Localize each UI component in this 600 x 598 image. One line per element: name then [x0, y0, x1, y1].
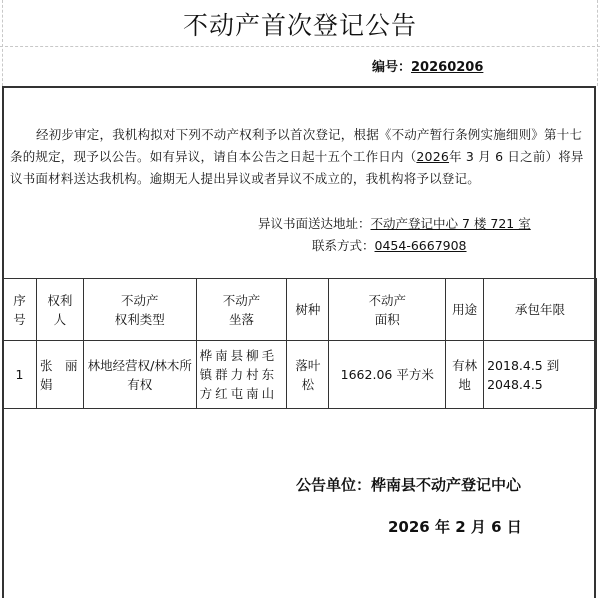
notice-body: 经初步审定，我机构拟对下列不动产权利予以首次登记，根据《不动产暂行条例实施细则》… [10, 124, 590, 190]
header-term: 承包年限 [484, 279, 597, 341]
header-right-type: 不动产权利类型 [83, 279, 196, 341]
cell-index: 1 [3, 341, 37, 409]
objection-address: 异议书面送达地址：不动产登记中心 7 楼 721 室 [258, 214, 531, 232]
issuer-label: 公告单位： [296, 476, 371, 494]
contact-label: 联系方式： [312, 238, 375, 253]
document-number: 编号：20260206 [372, 56, 483, 75]
header-area: 不动产面积 [329, 279, 446, 341]
deadline-year: 2026 [416, 149, 449, 164]
cell-usage: 有林地 [446, 341, 484, 409]
registration-table: 序号 权利人 不动产权利类型 不动产坐落 树种 不动产面积 用途 承包年限 1 … [2, 278, 597, 409]
document-number-value: 20260206 [411, 60, 483, 75]
document-number-label: 编号： [372, 60, 411, 75]
contact-value: 0454-6667908 [375, 238, 467, 253]
title-divider [0, 46, 600, 47]
header-tree-species: 树种 [287, 279, 329, 341]
issuer-value: 桦南县不动产登记中心 [371, 476, 521, 494]
header-location: 不动产坐落 [196, 279, 287, 341]
table-header-row: 序号 权利人 不动产权利类型 不动产坐落 树种 不动产面积 用途 承包年限 [3, 279, 597, 341]
page-title: 不动产首次登记公告 [0, 6, 600, 42]
cell-term: 2018.4.5 到 2048.4.5 [484, 341, 597, 409]
header-holder: 权利人 [36, 279, 83, 341]
cell-tree-species: 落叶松 [287, 341, 329, 409]
cell-location: 桦南县柳毛镇群力村东方红屯南山 [196, 341, 287, 409]
issue-date: 2026 年 2 月 6 日 [388, 516, 522, 537]
cell-area: 1662.06 平方米 [329, 341, 446, 409]
issuer: 公告单位：桦南县不动产登记中心 [296, 474, 521, 495]
objection-address-value: 不动产登记中心 7 楼 721 室 [371, 216, 531, 231]
objection-address-label: 异议书面送达地址： [258, 216, 371, 231]
header-index: 序号 [3, 279, 37, 341]
header-usage: 用途 [446, 279, 484, 341]
cell-holder: 张 丽娟 [36, 341, 83, 409]
cell-right-type: 林地经营权/林木所有权 [83, 341, 196, 409]
contact-info: 联系方式：0454-6667908 [312, 236, 467, 254]
table-row: 1 张 丽娟 林地经营权/林木所有权 桦南县柳毛镇群力村东方红屯南山 落叶松 1… [3, 341, 597, 409]
